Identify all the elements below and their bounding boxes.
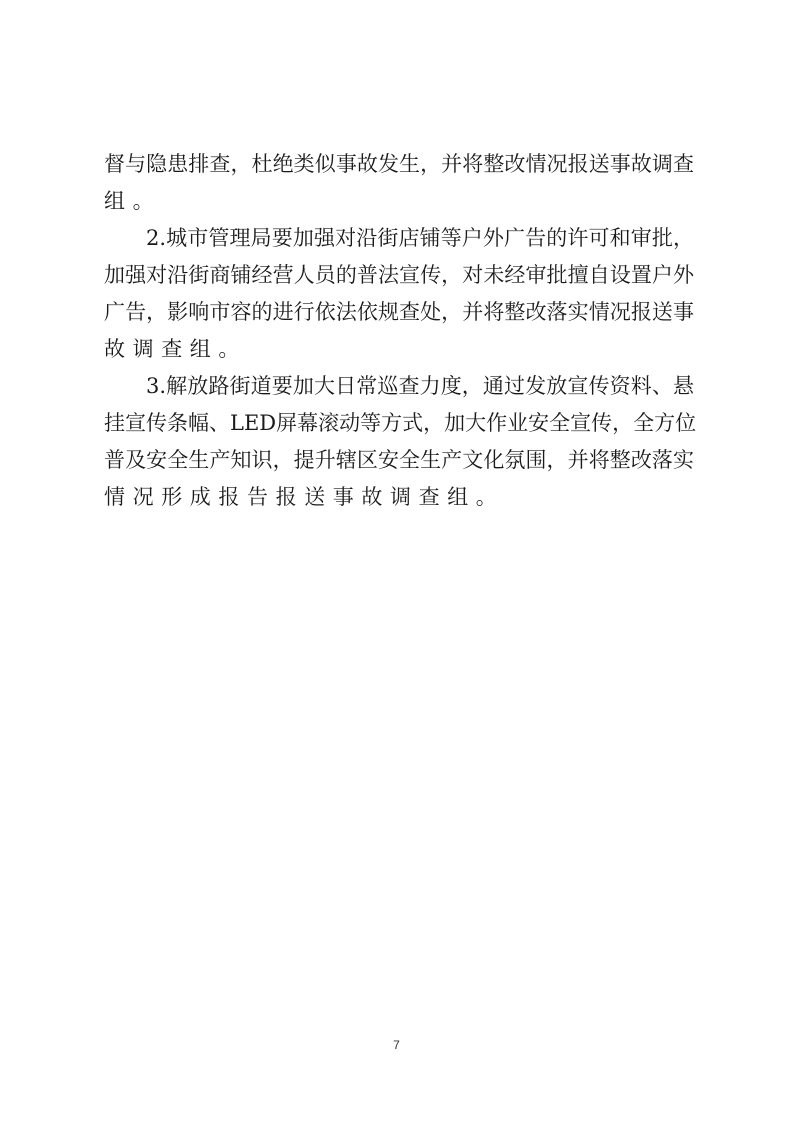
text-line: 3.解放路街道要加大日常巡查力度，通过发放宣传资料、悬: [104, 368, 694, 405]
text-line: 广告，影响市容的进行依法依规查处，并将整改落实情况报送事: [104, 294, 694, 331]
body-text: 督与隐患排查，杜绝类似事故发生，并将整改情况报送事故调查 组。 2.城市管理局要…: [104, 146, 694, 516]
text-line: 组。: [104, 183, 694, 220]
text-line: 督与隐患排查，杜绝类似事故发生，并将整改情况报送事故调查: [104, 146, 694, 183]
text-line: 加强对沿街商铺经营人员的普法宣传，对未经审批擅自设置户外: [104, 257, 694, 294]
paragraph-item-3: 3.解放路街道要加大日常巡查力度，通过发放宣传资料、悬 挂宣传条幅、LED屏幕滚…: [104, 368, 694, 516]
document-page: 督与隐患排查，杜绝类似事故发生，并将整改情况报送事故调查 组。 2.城市管理局要…: [0, 0, 793, 1122]
text-line: 故调查组。: [104, 331, 694, 368]
text-line: 2.城市管理局要加强对沿街店铺等户外广告的许可和审批，: [104, 220, 694, 257]
text-line: 挂宣传条幅、LED屏幕滚动等方式，加大作业安全宣传，全方位: [104, 405, 694, 442]
text-line: 普及安全生产知识，提升辖区安全生产文化氛围，并将整改落实: [104, 442, 694, 479]
paragraph-item-2: 2.城市管理局要加强对沿街店铺等户外广告的许可和审批， 加强对沿街商铺经营人员的…: [104, 220, 694, 368]
paragraph-continuation: 督与隐患排查，杜绝类似事故发生，并将整改情况报送事故调查 组。: [104, 146, 694, 220]
text-line: 情况形成报告报送事故调查组。: [104, 479, 694, 516]
page-number: 7: [0, 1038, 793, 1052]
